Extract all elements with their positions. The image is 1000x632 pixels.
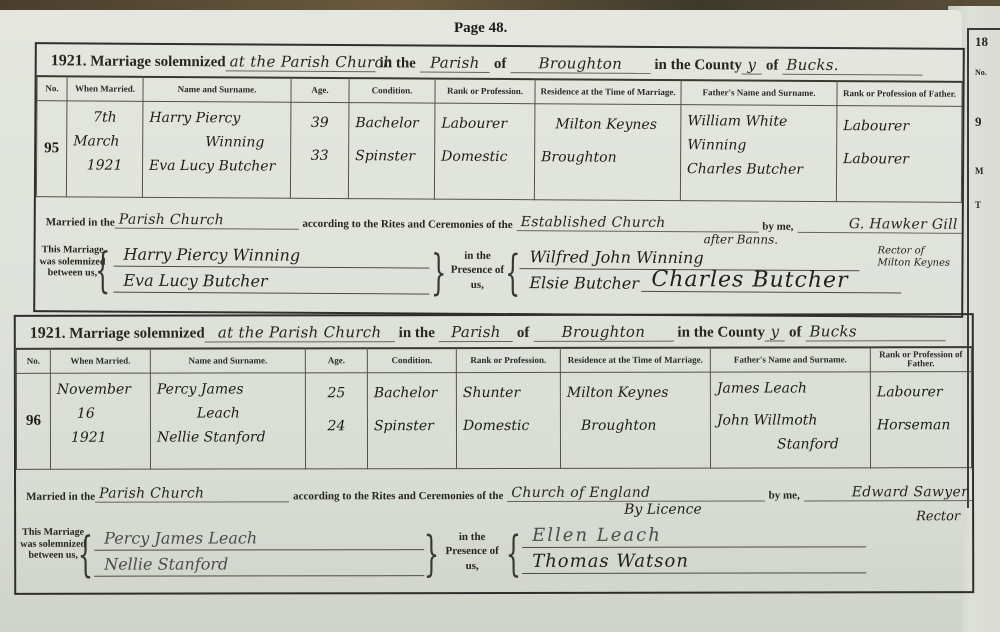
witness-brace: { [505, 249, 521, 297]
of-label: of [517, 325, 530, 342]
right-brace: } [431, 249, 447, 297]
col-no: No. [37, 76, 67, 100]
party-signature-2: Nellie Stanford [94, 552, 424, 577]
officiant-field: Edward Sawyer [804, 484, 972, 501]
next-page-no-label: No. [975, 68, 987, 77]
page-title: Page 48. [454, 20, 507, 37]
parish-field: Broughton [533, 323, 673, 342]
entry-number: 95 [36, 100, 67, 196]
entry-table: No. When Married. Name and Surname. Age.… [36, 75, 963, 202]
witness-brace: { [506, 530, 521, 578]
col-name: Name and Surname. [150, 348, 305, 372]
entry-year: 1921 [51, 52, 83, 70]
presence-label: in the Presence of us, [447, 249, 507, 292]
by-licence-note: By Licence [624, 502, 702, 518]
rites-field: Established Church [517, 214, 759, 232]
col-name: Name and Surname. [143, 77, 291, 102]
col-father-profession: Rank or Profession of Father. [837, 81, 962, 106]
col-when: When Married. [50, 349, 150, 373]
residences: Milton Keynes Broughton [534, 103, 681, 200]
married-in-field: Parish Church [95, 485, 289, 502]
parish-kind-field: Parish [420, 54, 490, 73]
professions: Labourer Domestic [434, 103, 535, 200]
marriage-entry-95: 1921. Marriage solemnized at the Parish … [33, 42, 965, 318]
col-condition: Condition. [367, 348, 456, 372]
conditions: Bachelor Spinster [367, 372, 456, 468]
this-marriage-label: This Marriage was solemnized between us, [20, 527, 86, 562]
married-in-field: Parish Church [115, 212, 299, 230]
next-page-entry-no: 9 [975, 114, 982, 130]
register-page: Page 48. 1921. Marriage solemnized at th… [0, 10, 962, 632]
signature-block: This Marriage was solemnized between us,… [16, 517, 972, 593]
next-page-married-label: M [975, 166, 984, 176]
rites-field: Church of England [507, 485, 764, 502]
left-brace: { [95, 247, 111, 295]
conditions: Bachelor Spinster [348, 102, 435, 199]
marriage-solemnized-label: Marriage solemnized [90, 54, 225, 72]
fathers: William White Winning Charles Butcher [680, 104, 837, 201]
marriage-entry-96: 1921. Marriage solemnized at the Parish … [14, 313, 974, 595]
col-age: Age. [305, 348, 367, 372]
party-signature-1: Harry Piercy Winning [113, 243, 429, 269]
witness-signature-2: Elsie Butcher [519, 271, 619, 296]
of-label-2: of [789, 324, 802, 341]
col-residence: Residence at the Time of Marriage. [535, 79, 681, 104]
entry-header: 1921. Marriage solemnized at the Parish … [16, 315, 972, 347]
col-residence: Residence at the Time of Marriage. [560, 348, 710, 372]
professions: Shunter Domestic [456, 372, 560, 468]
county-label: in the County [654, 57, 742, 75]
county-label: in the County [677, 325, 765, 342]
col-age: Age. [291, 78, 349, 102]
left-brace: { [78, 531, 93, 579]
marriage-solemnized-label: Marriage solemnized [69, 326, 204, 343]
of-label-2: of [766, 58, 779, 75]
ages: 39 33 [290, 102, 349, 198]
witness-signature-1: Ellen Leach [522, 523, 866, 548]
entry-table: No. When Married. Name and Surname. Age.… [16, 346, 972, 469]
names: Harry Piercy Winning Eva Lucy Butcher [142, 101, 291, 198]
entry-header: 1921. Marriage solemnized at the Parish … [37, 44, 963, 80]
signature-block: This Marriage was solemnized between us,… [35, 236, 961, 316]
col-profession: Rank or Profession. [435, 79, 535, 104]
party-signature-1: Percy James Leach [94, 526, 424, 551]
county-field: Bucks [805, 322, 945, 341]
col-when: When Married. [67, 76, 143, 100]
col-no: No. [16, 349, 50, 373]
in-the-label: in the [399, 325, 435, 342]
when-married: November 16 1921 [50, 373, 150, 469]
entry-year: 1921 [30, 325, 62, 343]
next-page-this-label: T [975, 200, 981, 210]
entry-number: 96 [16, 373, 50, 469]
presence-label: in the Presence of us, [442, 530, 502, 573]
col-father-profession: Rank or Profession of Father. [870, 347, 971, 371]
in-the-label: in the [380, 55, 416, 72]
col-father: Father's Name and Surname. [710, 347, 870, 371]
father-professions: Labourer Labourer [836, 105, 962, 202]
county-suffix: y [742, 55, 762, 74]
next-page-year: 18 [975, 34, 988, 50]
parish-field: Broughton [510, 54, 650, 74]
ages: 25 24 [305, 372, 367, 468]
place-field: at the Parish Church [205, 323, 395, 342]
fathers: James Leach John Willmoth Stanford [710, 371, 870, 467]
right-brace: } [424, 530, 439, 578]
col-profession: Rank or Profession. [456, 348, 560, 372]
witness-signature-2: Thomas Watson [522, 549, 866, 574]
col-condition: Condition. [349, 78, 435, 103]
parish-kind-field: Parish [439, 323, 513, 342]
county-suffix: y [765, 322, 785, 341]
names: Percy James Leach Nellie Stanford [150, 372, 305, 468]
residences: Milton Keynes Broughton [560, 372, 710, 468]
married-in-row: Married in the Parish Church according t… [16, 475, 972, 503]
col-father: Father's Name and Surname. [681, 80, 837, 105]
father-professions: Labourer Horseman [870, 371, 971, 467]
place-field: at the Parish Church [226, 52, 376, 72]
party-signature-2: Eva Lucy Butcher [113, 269, 429, 295]
column-headers: No. When Married. Name and Surname. Age.… [16, 347, 971, 373]
officiant-field: G. Hawker Gill [797, 216, 961, 234]
county-field: Bucks. [782, 56, 922, 76]
married-in-row: Married in the Parish Church according t… [36, 202, 962, 234]
table-row: 96 November 16 1921 Percy James Leach Ne… [16, 371, 971, 469]
table-row: 95 7th March 1921 Harry Piercy Winning E… [36, 100, 962, 202]
witness-signature-3: Charles Butcher [641, 268, 901, 294]
of-label: of [494, 56, 507, 73]
when-married: 7th March 1921 [66, 100, 143, 196]
